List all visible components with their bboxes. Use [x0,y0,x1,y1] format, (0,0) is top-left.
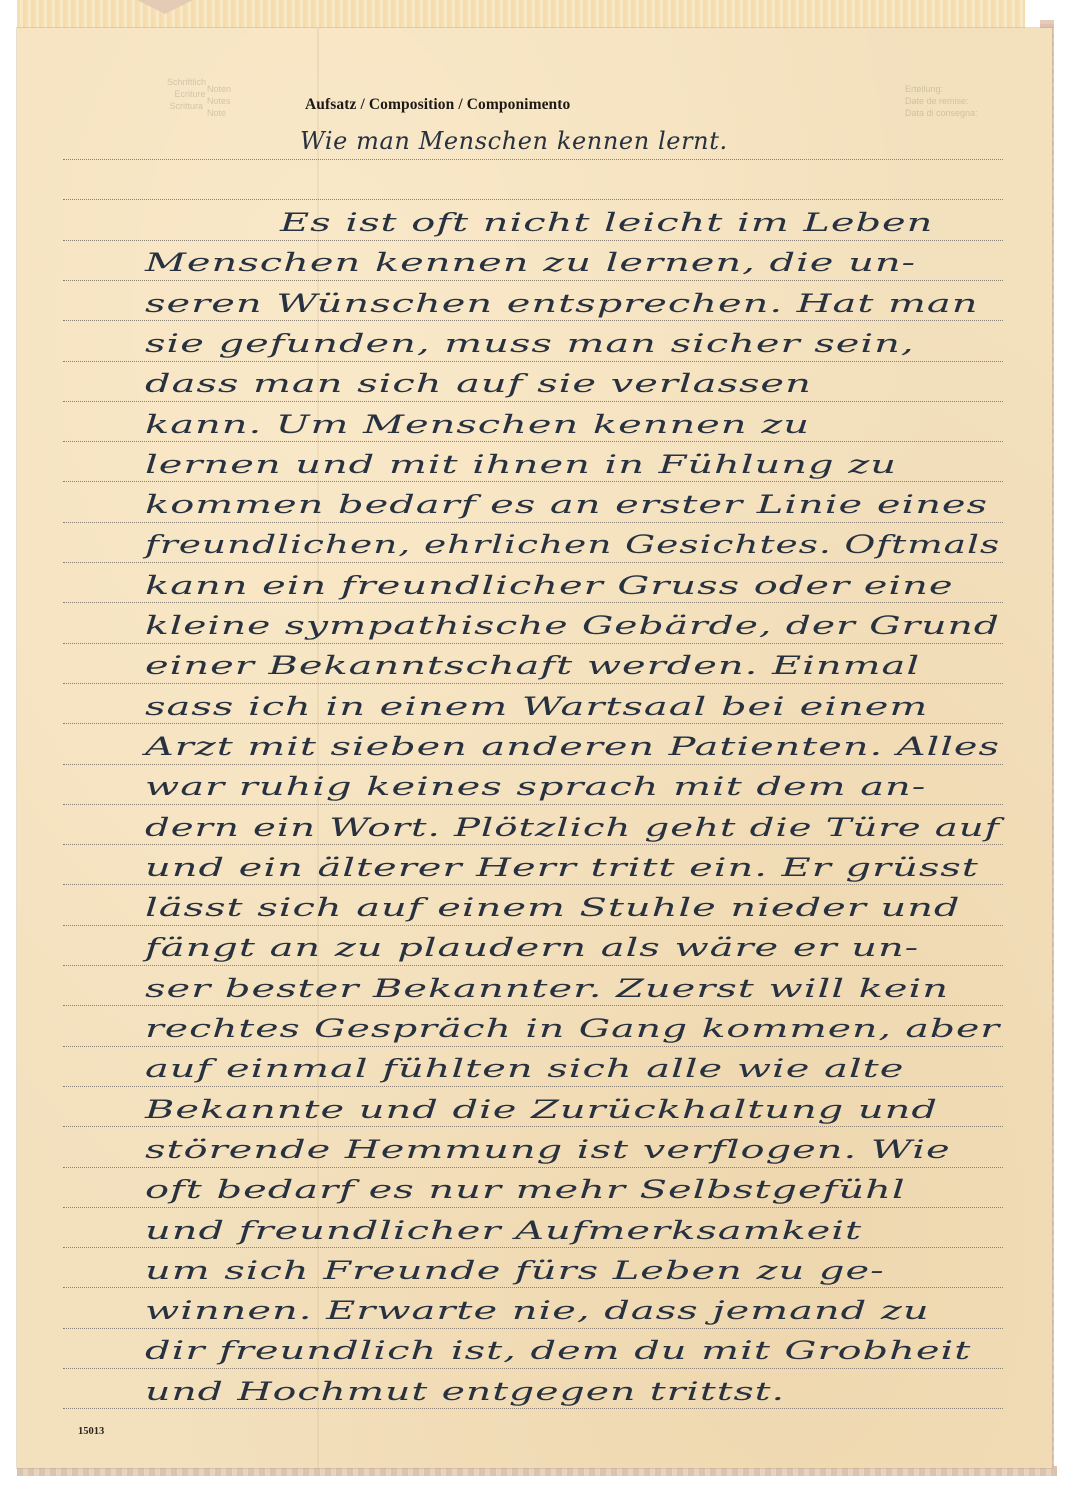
composition-title: Wie man Menschen kennen lernt. [300,127,728,155]
handwritten-line: lernen und mit ihnen in Fühlung zu [145,450,897,479]
dotted-rule [63,1086,1003,1087]
dotted-rule [63,441,1003,442]
handwritten-line: auf einmal fühlten sich alle wie alte [145,1054,904,1083]
dotted-rule [63,1046,1003,1047]
dotted-rule [63,1247,1003,1248]
dotted-rule [63,925,1003,926]
handwritten-line: Menschen kennen zu lernen, die un- [145,248,916,277]
handwritten-line: sie gefunden, muss man sicher sein, [145,329,915,358]
dotted-rule [63,1207,1003,1208]
dotted-rule [63,1287,1003,1288]
dotted-rule [63,764,1003,765]
handwritten-line: und Hochmut entgegen trittst. [145,1377,785,1406]
handwritten-line: fängt an zu plaudern als wäre er un- [145,933,919,962]
bleed-through-text: Noten Notes Note [207,83,231,119]
dotted-rule [63,401,1003,402]
bleed-through-text: Erteilung: Date de remise: Data di conse… [905,83,978,119]
dotted-rule [63,1328,1003,1329]
dotted-rule [63,240,1003,241]
handwritten-line: winnen. Erwarte nie, dass jemand zu [145,1296,930,1325]
handwritten-line: und ein älterer Herr tritt ein. Er grüss… [145,853,979,882]
dotted-rule [63,1408,1003,1409]
dotted-rule [63,320,1003,321]
handwritten-line: lässt sich auf einem Stuhle nieder und [145,893,961,922]
handwritten-line: kann. Um Menschen kennen zu [145,410,810,439]
handwritten-line: einer Bekanntschaft werden. Einmal [145,651,920,680]
handwritten-line: rechtes Gespräch in Gang kommen, aber [145,1014,1000,1043]
handwritten-line: kommen bedarf es an erster Linie eines [145,490,988,519]
form-number: 15013 [78,1426,104,1437]
handwritten-line: Arzt mit sieben anderen Patienten. Alles [145,732,1000,761]
dotted-rule [63,723,1003,724]
bleed-through-text: Schriftlich Ecriture Scrittura [167,76,206,112]
dotted-rule [63,683,1003,684]
form-header: Aufsatz / Composition / Componimento [305,96,570,114]
handwritten-line: Es ist oft nicht leicht im Leben [280,208,933,237]
handwritten-line: sass ich in einem Wartsaal bei einem [145,692,928,721]
dotted-rule [63,643,1003,644]
handwritten-line: kann ein freundlicher Gruss oder eine [145,571,953,600]
handwritten-line: freundlichen, ehrlichen Gesichtes. Oftma… [145,530,1000,559]
dotted-rule [63,562,1003,563]
handwritten-line: dern ein Wort. Plötzlich geht die Türe a… [145,813,1000,842]
dotted-rule [63,522,1003,523]
dotted-rule [63,965,1003,966]
handwritten-line: Bekannte und die Zurückhaltung und [145,1095,938,1124]
dotted-rule [63,1368,1003,1369]
dotted-rule [63,844,1003,845]
dotted-rule [63,1126,1003,1127]
handwritten-line: störende Hemmung ist verflogen. Wie [145,1135,951,1164]
dotted-rule [63,481,1003,482]
handwritten-line: dass man sich auf sie verlassen [145,369,812,398]
handwritten-line: dir freundlich ist, dem du mit Grobheit [145,1336,971,1365]
handwritten-line: oft bedarf es nur mehr Selbstgefühl [145,1175,906,1204]
dotted-rule [63,602,1003,603]
handwritten-line: ser bester Bekannter. Zuerst will kein [145,974,949,1003]
handwritten-line: war ruhig keines sprach mit dem an- [145,772,926,801]
handwritten-line: um sich Freunde fürs Leben zu ge- [145,1256,885,1285]
dotted-rule [63,804,1003,805]
dotted-rule [63,280,1003,281]
handwritten-line: seren Wünschen entsprechen. Hat man [145,289,978,318]
dotted-rule [63,1005,1003,1006]
handwritten-line: kleine sympathische Gebärde, der Grund [145,611,1000,640]
dotted-rule [63,1167,1003,1168]
dotted-rule [63,159,1003,160]
handwritten-line: und freundlicher Aufmerksamkeit [145,1216,862,1245]
dotted-rule [63,884,1003,885]
dotted-rule [63,361,1003,362]
dotted-rule [63,199,1003,200]
